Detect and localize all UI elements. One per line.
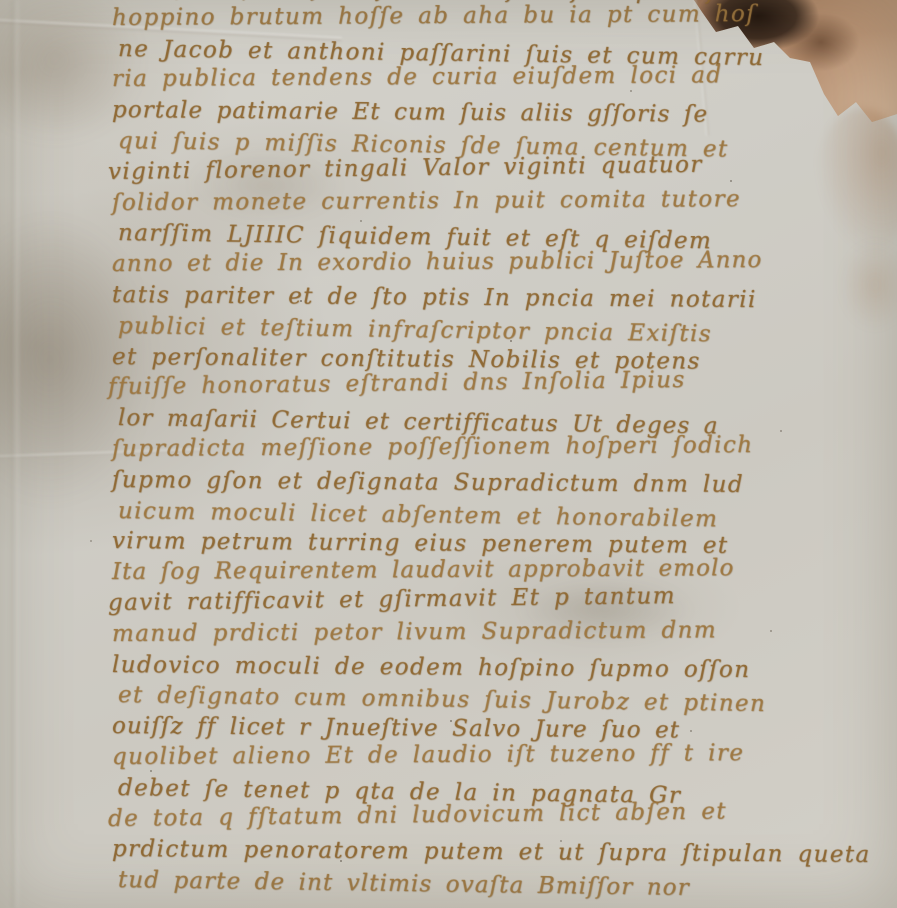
manuscript-line: ſupmo gſon et deſignata Supradictum dnm … [112,465,882,502]
manuscript-line: hoppino brutum hoſſe ab aha bu ia pt cum… [112,0,882,34]
manuscript-line: ſupradicta meſſione poſſeſſionem hoſperi… [112,429,882,464]
manuscript-text-block: ſ ſ p ſ ſ t ſ ſ p ſ hoppino brutum hoſſe… [112,0,882,896]
manuscript-photo: ſ ſ p ſ ſ t ſ ſ p ſ hoppino brutum hoſſe… [0,0,897,908]
manuscript-line: quolibet alieno Et de laudio iſt tuzeno … [112,737,882,772]
manuscript-line: manud prdicti petor livum Supradictum dn… [112,614,882,649]
manuscript-line: tud parte de int vltimis ovaſta Bmiſſor … [118,865,882,906]
manuscript-line: portale patimarie Et cum ſuis aliis gſſo… [112,95,882,132]
manuscript-line: ria publica tendens de curia eiuſdem loc… [112,60,882,95]
manuscript-line: tatis pariter et de ſto ptis In pncia me… [112,280,882,317]
manuscript-line: ſolidor monete currentis In puit comita … [112,183,882,218]
crease-left-edge [12,0,18,908]
manuscript-line: anno et die In exordio huius publici Juſ… [112,244,882,279]
